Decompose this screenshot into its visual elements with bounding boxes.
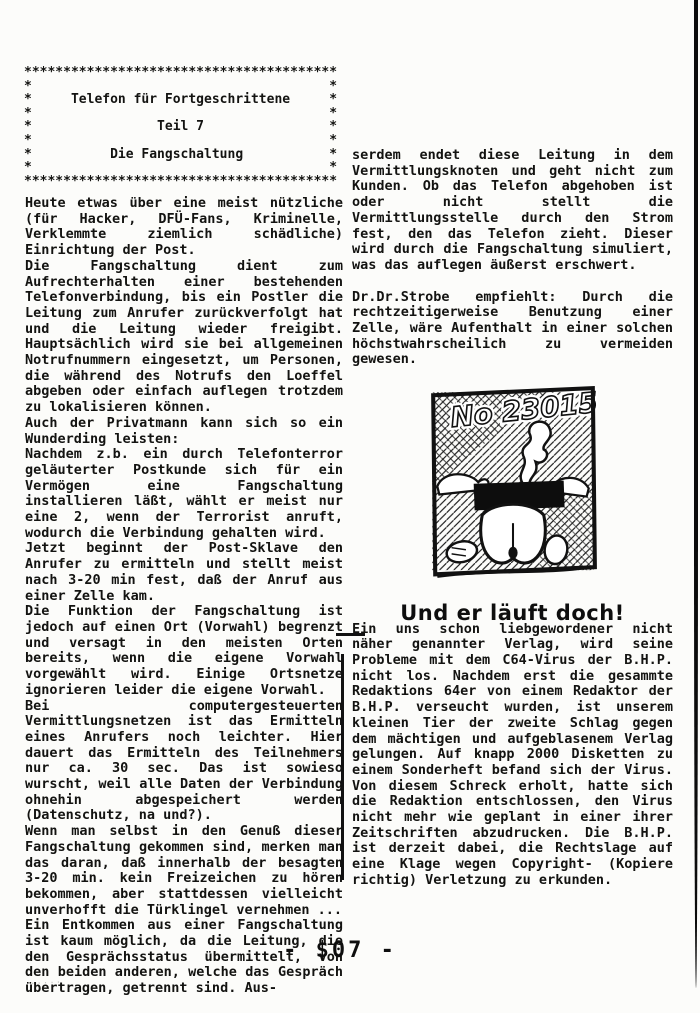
column-divider-dash bbox=[336, 633, 365, 636]
figure-dot bbox=[508, 547, 517, 559]
paragraph: serdem endet diese Leitung in dem Vermit… bbox=[352, 148, 673, 274]
title-box: ****************************************… bbox=[24, 66, 337, 188]
scanned-zine-page: ..... **********************************… bbox=[0, 0, 700, 1013]
paragraph: Die Funktion der Fangschaltung ist jedoc… bbox=[25, 604, 343, 698]
paragraph: Auch der Privatmann kann sich so ein Wun… bbox=[25, 416, 343, 447]
article-headline: Und er läuft doch! bbox=[352, 606, 673, 622]
cartoon-illustration: No 23015 No 23015 bbox=[425, 384, 601, 594]
page-number: - $07 - bbox=[0, 938, 680, 963]
paragraph: Ein uns schon liebgewordener nicht näher… bbox=[352, 622, 673, 889]
left-column: Heute etwas über eine meist nützliche (f… bbox=[25, 196, 343, 997]
scan-edge-artifact bbox=[694, 0, 698, 988]
paragraph: Bei computergesteuerten Vermittlungsnetz… bbox=[25, 699, 343, 825]
column-divider-line bbox=[341, 654, 344, 880]
paragraph: Dr.Dr.Strobe empfiehlt: Durch die rechtz… bbox=[352, 290, 673, 369]
paragraph: Nachdem z.b. ein durch Telefonterror gel… bbox=[25, 447, 343, 541]
paragraph: Jetzt beginnt der Post-Sklave den Anrufe… bbox=[25, 541, 343, 604]
paragraph: Die Fangschaltung dient zum Aufrechterha… bbox=[25, 259, 343, 416]
right-column: serdem endet diese Leitung in dem Vermit… bbox=[352, 148, 673, 889]
paragraph: Wenn man selbst in den Genuß dieser Fang… bbox=[25, 824, 343, 918]
paragraph: Heute etwas über eine meist nützliche (f… bbox=[25, 196, 343, 259]
